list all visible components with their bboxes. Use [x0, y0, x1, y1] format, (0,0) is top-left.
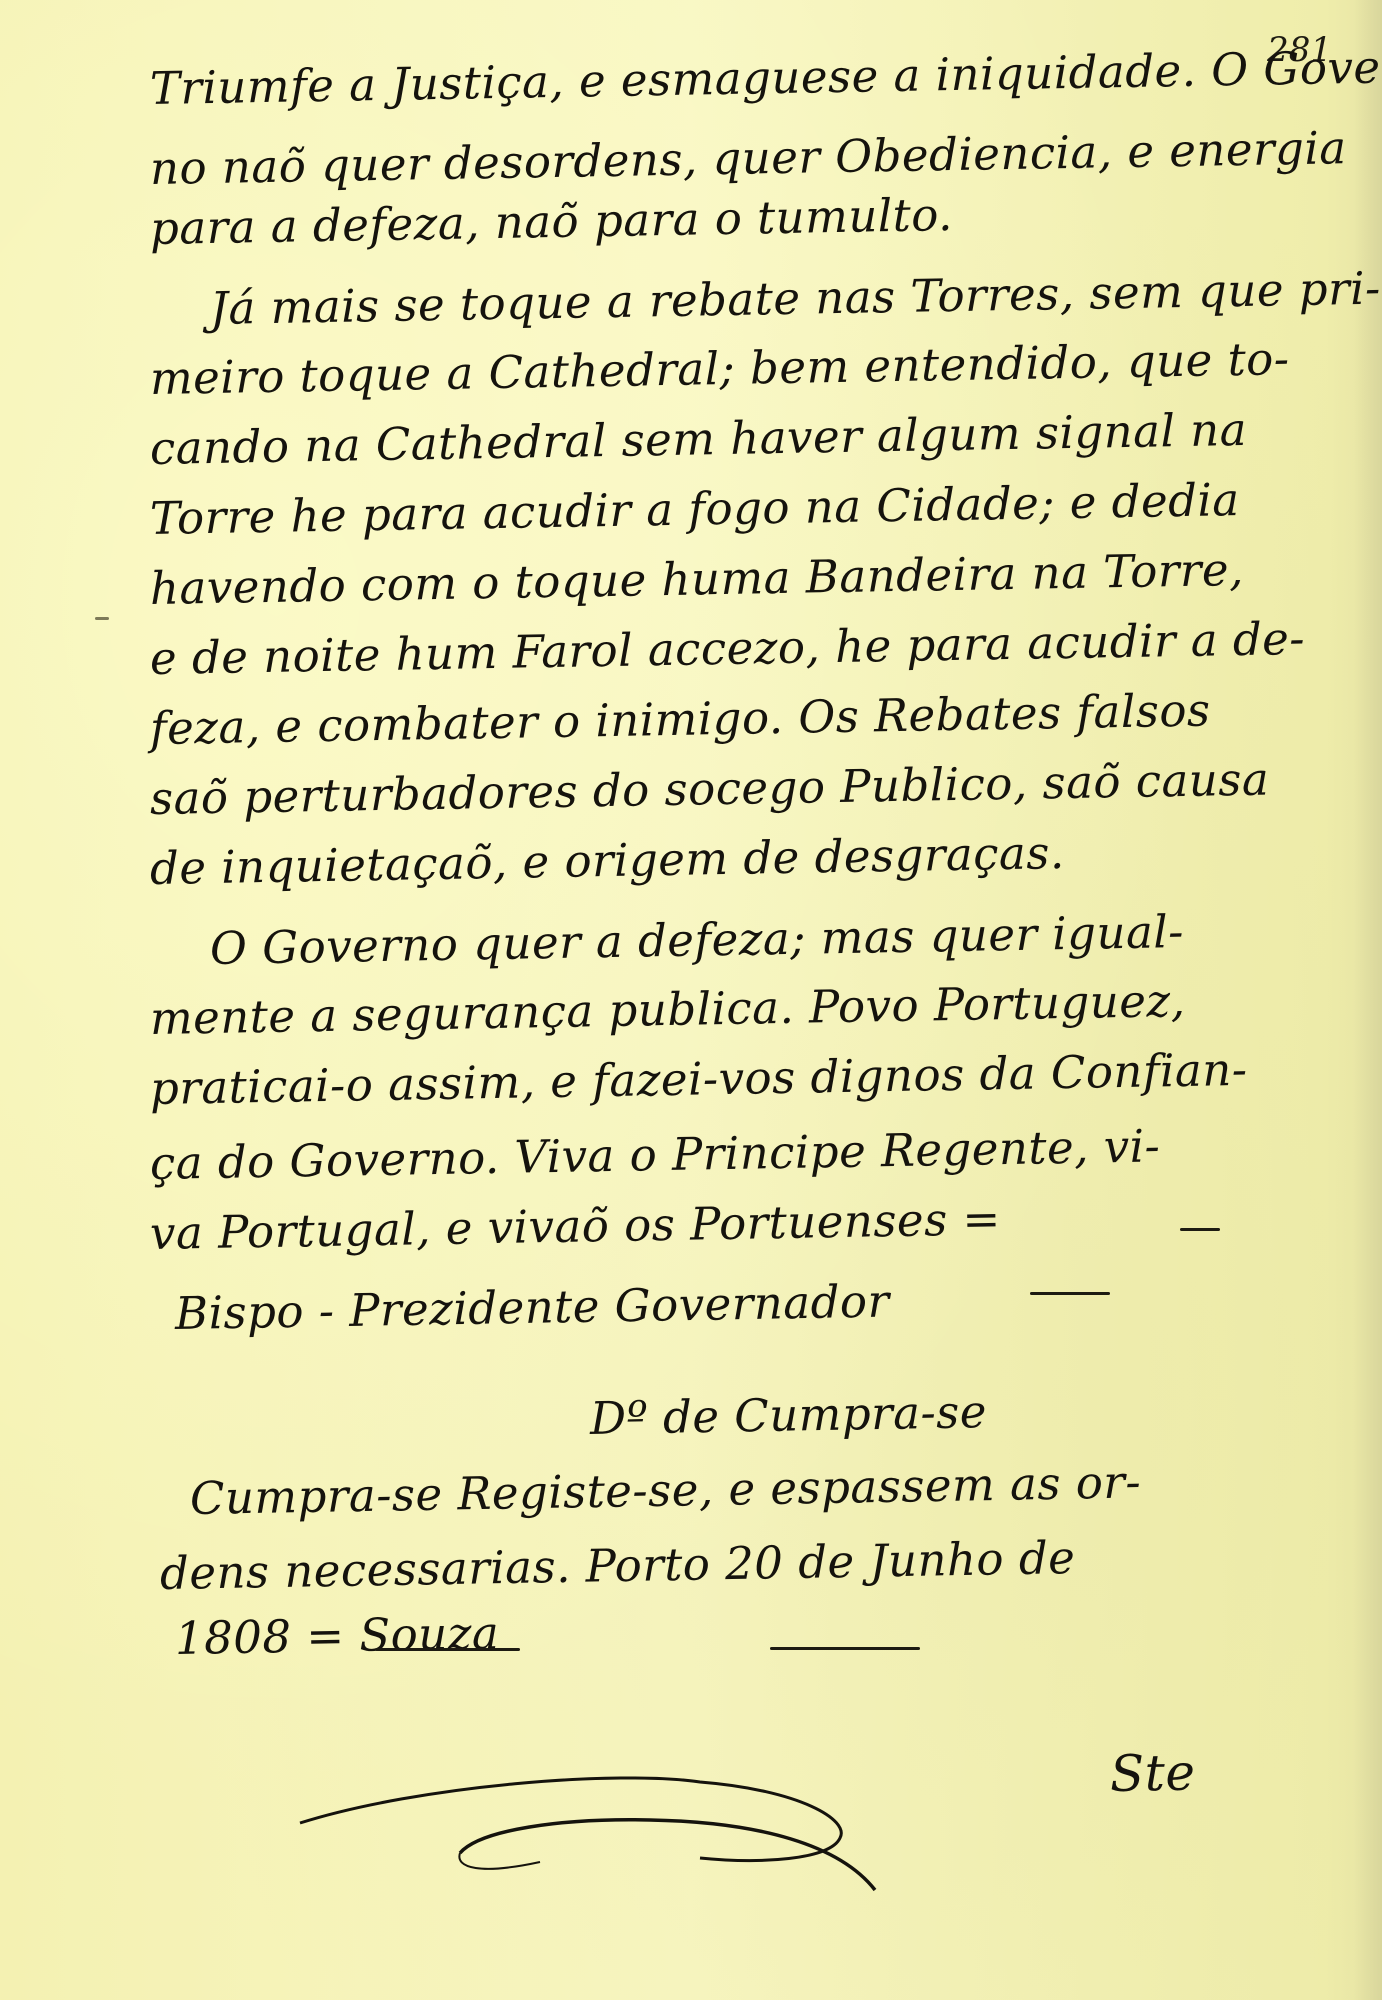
manuscript-page: 281 Triumfe a Justiça, e esmaguese a ini…	[0, 0, 1382, 2000]
signature-flourish-icon	[0, 0, 1382, 2000]
